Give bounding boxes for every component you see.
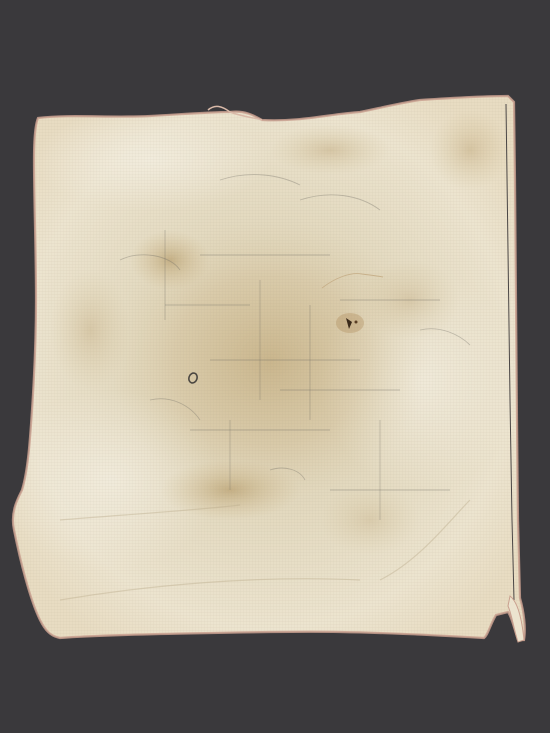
textile-illustration	[0, 0, 550, 733]
photo-stage: Aged linen textile with faint pencil ske…	[0, 0, 550, 733]
dark-spot	[336, 313, 364, 333]
